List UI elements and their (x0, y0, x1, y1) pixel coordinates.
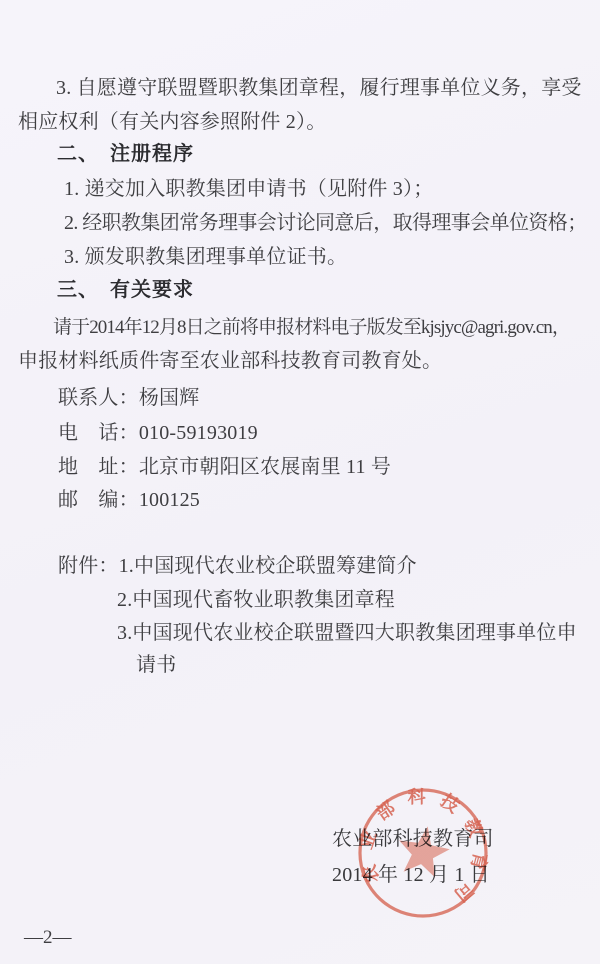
contact-label: 联系人： (58, 387, 139, 409)
attachment-item-3-line-1: 3.中国现代农业校企联盟暨四大职教集团理事单位申 (117, 620, 577, 646)
scanned-document-page: 3. 自愿遵守联盟暨职教集团章程，履行理事单位义务，享受 相应权利（有关内容参照… (0, 0, 600, 964)
requirements-line-1: 请于2014年12月8日之前将申报材料电子版发至kjsjyc@agri.gov.… (53, 315, 570, 341)
register-item-3: 3. 颁发职教集团理事单位证书。 (64, 244, 347, 270)
signature-org: 农业部科技教育司 (332, 826, 494, 852)
official-seal-graphic: 农业部科技教育司 (352, 782, 494, 924)
intro-line-2: 相应权利（有关内容参照附件 2）。 (18, 109, 326, 135)
official-seal: 农业部科技教育司 (352, 782, 494, 924)
register-item-1: 1. 递交加入职教集团申请书（见附件 3）； (64, 176, 433, 202)
contact-value: 杨国辉 (139, 387, 200, 409)
requirements-line-2: 申报材料纸质件寄至农业部科技教育司教育处。 (18, 348, 442, 374)
signature-date: 2014 年 12 月 1 日 (332, 862, 490, 888)
attachment-item-2: 2.中国现代畜牧业职教集团章程 (117, 587, 395, 613)
contact-row-name: 联系人：杨国辉 (58, 385, 199, 411)
section-heading-register: 二、 注册程序 (57, 141, 194, 167)
intro-line-1: 3. 自愿遵守联盟暨职教集团章程，履行理事单位义务，享受 (56, 75, 582, 101)
contact-row-postcode: 邮 编：100125 (58, 487, 200, 513)
attachments-row-1: 附件：1.中国现代农业校企联盟筹建简介 (58, 553, 417, 579)
register-item-2: 2. 经职教集团常务理事会讨论同意后，取得理事会单位资格； (64, 210, 587, 236)
attachment-item-3-line-2: 请书 (136, 652, 176, 678)
attachment-item-1: 1.中国现代农业校企联盟筹建简介 (119, 555, 417, 577)
seal-ring (352, 782, 494, 924)
contact-value: 010-59193019 (139, 422, 258, 444)
contact-value: 北京市朝阳区农展南里 11 号 (139, 456, 391, 478)
contact-row-address: 地 址：北京市朝阳区农展南里 11 号 (58, 454, 391, 480)
page-number: —2— (24, 925, 72, 951)
attachments-label: 附件： (58, 555, 119, 577)
contact-value: 100125 (139, 489, 200, 511)
contact-row-phone: 电 话：010-59193019 (58, 420, 258, 446)
section-heading-requirements: 三、 有关要求 (57, 277, 194, 303)
contact-label: 邮 编： (58, 489, 139, 511)
contact-label: 地 址： (58, 456, 139, 478)
contact-label: 电 话： (58, 422, 139, 444)
